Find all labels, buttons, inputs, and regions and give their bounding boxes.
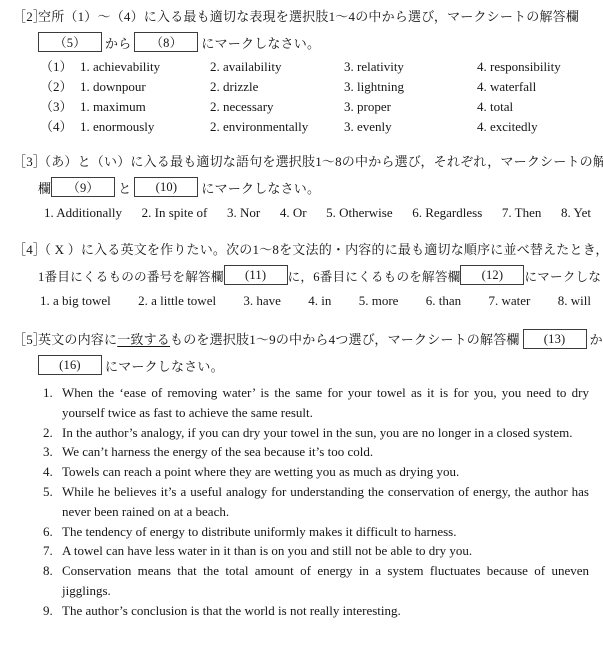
option-4: 4. Or: [280, 203, 307, 223]
option-3: 3. have: [243, 291, 281, 311]
option-5: 5. Otherwise: [326, 203, 392, 223]
question-5-instruction: 英文の内容に一致するものを選択肢1～9の中から4つ選び，マークシートの解答欄: [38, 329, 520, 351]
option-4: 4. waterfall: [477, 77, 536, 97]
instruction-mid: ものを選択肢1～9の中から4つ選び，マークシートの解答欄: [170, 332, 520, 347]
question-2: ［2］ 空所（1）～（4）に入る最も適切な表現を選択肢1～4の中から選び，マーク…: [13, 6, 590, 137]
question-3-heading: ［3］ （あ）と（い）に入る最も適切な語句を選択肢1～8の中から選び，それぞれ，…: [13, 151, 590, 173]
question-2-options: （1） 1. achievability 2. availability 3. …: [40, 57, 590, 137]
range-connector: と: [115, 178, 134, 197]
answer-box-10: (10): [134, 177, 198, 197]
question-5-answer-range: (16) にマークしなさい。: [38, 353, 590, 377]
question-3: ［3］ （あ）と（い）に入る最も適切な語句を選択肢1～8の中から選び，それぞれ，…: [13, 151, 590, 223]
question-5: ［5］ 英文の内容に一致するものを選択肢1～9の中から4つ選び，マークシートの解…: [13, 329, 590, 621]
instruction-tail: にマークしなさい。: [198, 33, 323, 52]
statement-number: 8.: [43, 561, 62, 601]
option-1: 1. Additionally: [44, 203, 122, 223]
option-6: 6. than: [426, 291, 461, 311]
statement-number: 2.: [43, 423, 62, 443]
question-5-statements: 1. When the ‘ease of removing water’ is …: [43, 383, 590, 621]
blank-number: （2）: [40, 77, 80, 97]
answer-box-12: (12): [460, 265, 524, 285]
question-2-heading: ［2］ 空所（1）～（4）に入る最も適切な表現を選択肢1～4の中から選び，マーク…: [13, 6, 590, 28]
statement-text: Towels can reach a point where they are …: [62, 462, 590, 482]
option-3: 3. lightning: [344, 77, 477, 97]
question-4: ［4］ （ X ）に入る英文を作りたい。次の1～8を文法的・内容的に最も適切な順…: [13, 239, 590, 311]
option-1: 1. downpour: [80, 77, 210, 97]
instruction-underlined: 一致する: [117, 332, 170, 347]
option-1: 1. maximum: [80, 97, 210, 117]
option-7: 7. Then: [502, 203, 541, 223]
option-4: 4. total: [477, 97, 513, 117]
question-3-instruction: （あ）と（い）に入る最も適切な語句を選択肢1～8の中から選び，それぞれ，マークシ…: [38, 151, 603, 173]
question-3-answer-range: 欄 （9） と (10) にマークしなさい。: [38, 175, 590, 199]
statement-item: 2. In the author’s analogy, if you can d…: [43, 423, 590, 443]
option-1: 1. achievability: [80, 57, 210, 77]
statement-item: 8. Conservation means that the total amo…: [43, 561, 590, 601]
statement-text: In the author’s analogy, if you can dry …: [62, 423, 590, 443]
statement-number: 6.: [43, 522, 62, 542]
statement-text: We can’t harness the energy of the sea b…: [62, 442, 590, 462]
option-3: 3. evenly: [344, 117, 477, 137]
statement-item: 5. While he believes it’s a useful analo…: [43, 482, 590, 522]
option-8: 8. will: [558, 291, 591, 311]
statement-text: While he believes it’s a useful analogy …: [62, 482, 590, 522]
statement-number: 1.: [43, 383, 62, 423]
option-row: （1） 1. achievability 2. availability 3. …: [40, 57, 590, 77]
instruction-tail: にマークしなさい。: [198, 178, 323, 197]
question-5-number: ［5］: [13, 329, 38, 351]
statement-number: 3.: [43, 442, 62, 462]
statement-item: 4. Towels can reach a point where they a…: [43, 462, 590, 482]
question-3-options: 1. Additionally 2. In spite of 3. Nor 4.…: [44, 203, 591, 223]
statement-item: 3. We can’t harness the energy of the se…: [43, 442, 590, 462]
statement-number: 7.: [43, 541, 62, 561]
option-2: 2. necessary: [210, 97, 344, 117]
question-3-number: ［3］: [13, 151, 38, 173]
option-3: 3. proper: [344, 97, 477, 117]
option-8: 8. Yet: [561, 203, 591, 223]
option-4: 4. responsibility: [477, 57, 561, 77]
question-5-heading: ［5］ 英文の内容に一致するものを選択肢1～9の中から4つ選び，マークシートの解…: [13, 329, 590, 351]
option-2: 2. a little towel: [138, 291, 216, 311]
instruction-lead: 1番目にくるものの番号を解答欄: [38, 266, 224, 285]
statement-number: 5.: [43, 482, 62, 522]
option-2: 2. environmentally: [210, 117, 344, 137]
question-4-answer-range: 1番目にくるものの番号を解答欄 (11) に，6番目にくるものを解答欄 (12)…: [38, 263, 590, 287]
option-4: 4. in: [308, 291, 331, 311]
option-row: （3） 1. maximum 2. necessary 3. proper 4.…: [40, 97, 590, 117]
question-4-heading: ［4］ （ X ）に入る英文を作りたい。次の1～8を文法的・内容的に最も適切な順…: [13, 239, 590, 261]
option-row: （2） 1. downpour 2. drizzle 3. lightning …: [40, 77, 590, 97]
answer-box-5: （5）: [38, 32, 102, 52]
range-connector: から: [102, 33, 134, 52]
answer-box-11: (11): [224, 265, 288, 285]
option-7: 7. water: [489, 291, 531, 311]
option-2: 2. availability: [210, 57, 344, 77]
statement-item: 7. A towel can have less water in it tha…: [43, 541, 590, 561]
statement-text: The tendency of energy to distribute uni…: [62, 522, 590, 542]
option-6: 6. Regardless: [412, 203, 482, 223]
question-2-instruction: 空所（1）～（4）に入る最も適切な表現を選択肢1～4の中から選び，マークシートの…: [38, 6, 579, 28]
answer-box-8: （8）: [134, 32, 198, 52]
answer-box-16: (16): [38, 355, 102, 375]
blank-number: （4）: [40, 117, 80, 137]
option-4: 4. excitedly: [477, 117, 538, 137]
instruction-lead: 欄: [38, 178, 51, 197]
question-2-number: ［2］: [13, 6, 38, 28]
statement-number: 9.: [43, 601, 62, 621]
question-4-instruction: （ X ）に入る英文を作りたい。次の1～8を文法的・内容的に最も適切な順序に並べ…: [38, 239, 603, 261]
question-4-options: 1. a big towel 2. a little towel 3. have…: [40, 291, 591, 311]
option-5: 5. more: [359, 291, 399, 311]
option-1: 1. a big towel: [40, 291, 111, 311]
question-4-number: ［4］: [13, 239, 38, 261]
answer-box-13: (13): [523, 329, 587, 349]
option-2: 2. In spite of: [142, 203, 208, 223]
option-1: 1. enormously: [80, 117, 210, 137]
statement-item: 9. The author’s conclusion is that the w…: [43, 601, 590, 621]
option-row: （4） 1. enormously 2. environmentally 3. …: [40, 117, 590, 137]
exam-page: ［2］ 空所（1）～（4）に入る最も適切な表現を選択肢1～4の中から選び，マーク…: [0, 0, 603, 621]
option-2: 2. drizzle: [210, 77, 344, 97]
statement-item: 1. When the ‘ease of removing water’ is …: [43, 383, 590, 423]
instruction-tail: にマークしなさい。: [102, 356, 227, 375]
option-3: 3. relativity: [344, 57, 477, 77]
option-3: 3. Nor: [227, 203, 260, 223]
statement-text: Conservation means that the total amount…: [62, 561, 590, 601]
statement-item: 6. The tendency of energy to distribute …: [43, 522, 590, 542]
question-2-answer-range: （5） から （8） にマークしなさい。: [38, 30, 590, 54]
statement-text: When the ‘ease of removing water’ is the…: [62, 383, 590, 423]
statement-number: 4.: [43, 462, 62, 482]
statement-text: A towel can have less water in it than i…: [62, 541, 590, 561]
range-connector: から: [587, 329, 603, 351]
blank-number: （1）: [40, 57, 80, 77]
instruction-tail: にマークしなさい。: [524, 266, 603, 285]
range-connector: に，6番目にくるものを解答欄: [288, 266, 461, 285]
instruction-pre: 英文の内容に: [38, 332, 117, 347]
blank-number: （3）: [40, 97, 80, 117]
statement-text: The author’s conclusion is that the worl…: [62, 601, 590, 621]
answer-box-9: （9）: [51, 177, 115, 197]
